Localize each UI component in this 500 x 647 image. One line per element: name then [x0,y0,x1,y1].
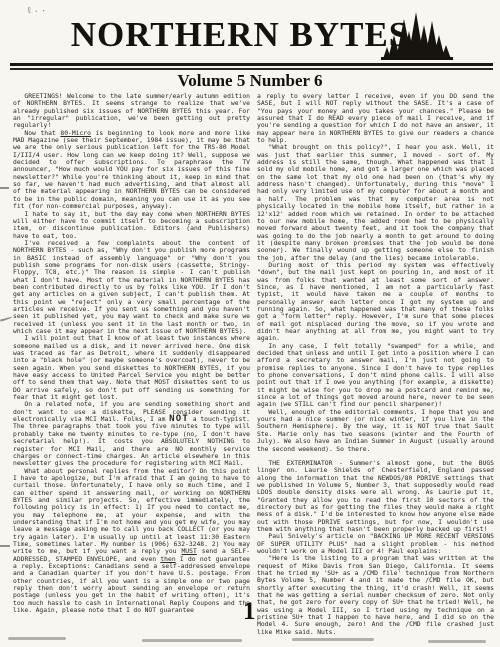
text-segment: "Here is the listing to a program that w… [257,555,494,635]
paragraph: On a related note, if you are sending so… [13,401,250,467]
paragraph: THE EXTERMINATOR - Summer's almost gone,… [257,460,494,533]
text-segment: 80-Micro [60,130,91,137]
paragraph: I will point out that I know of at least… [13,335,250,401]
scan-artifact [0,316,13,321]
pine-forest-icon [381,7,453,63]
masthead-title: NORTHERN BYTES [55,15,425,55]
text-segment: MUST [181,548,196,555]
paragraph: "What brought on this policy?", I hear y… [257,144,494,262]
scan-artifact [8,637,66,640]
text-segment: I hate to say it, but the day may come w… [13,211,250,240]
paragraph: Now that 80-Micro is beginning to look m… [13,130,250,211]
text-segment: THE EXTERMINATOR - Summer's almost gone,… [257,460,494,533]
text-segment: "What brought on this policy?", I hear y… [257,144,494,261]
masthead-rule-thin [10,68,493,70]
text-segment: I do not guarantee a reply. Exceptions: … [13,556,250,614]
paragraph: I've received a few complaints about the… [13,240,250,335]
paragraph: Well, enough of the editorial comments. … [257,409,494,453]
scan-artifact [292,638,374,641]
paragraph: What about personal replies from the edi… [13,468,250,615]
scan-artifact [428,640,486,643]
page-number: 1 [243,598,256,626]
paragraph: GREETINGS! Welcome to the late summer/ea… [13,93,250,130]
text-segment: During most of this period my system was… [257,262,494,342]
left-column: GREETINGS! Welcome to the late summer/ea… [13,93,250,636]
newsletter-page: ℓ.. NORTHERN BYTES Volume 5 Number 6 GRE… [0,0,500,647]
text-segment: I will point out that I know of at least… [13,335,250,401]
pencil-annotation: ℓ.. [26,3,48,16]
issue-line: Volume 5 Number 6 [0,71,500,91]
right-column: a reply to every letter I receive, even … [257,93,494,636]
text-segment: is beginning to look more and more like … [13,130,250,210]
paragraph: In any case, I felt totally "swamped" fo… [257,343,494,409]
text-segment: What about personal replies from the edi… [13,468,250,556]
paragraph: "Here is the listing to a program that w… [257,555,494,636]
paragraph: a reply to every letter I receive, even … [257,93,494,144]
text-segment: GREETINGS! Welcome to the late summer/ea… [13,93,250,129]
article-body: GREETINGS! Welcome to the late summer/ea… [13,93,494,636]
scan-artifact [0,187,9,189]
text-segment: Paul Snively's article on "BACKING UP MO… [257,533,494,555]
paragraph: During most of this period my system was… [257,262,494,343]
paragraph: I hate to say it, but the day may come w… [13,211,250,240]
text-segment: I've received a few complaints about the… [13,240,250,335]
scan-artifact [142,639,242,642]
masthead-rule-thick [10,63,493,66]
scan-artifact [0,545,10,547]
text-segment: Well, enough of the editorial comments. … [257,409,494,453]
text-segment: a reply to every letter I receive, even … [257,93,494,144]
paragraph: Paul Snively's article on "BACKING UP MO… [257,533,494,555]
text-segment: a touch-typist. The three paragraphs tha… [13,416,250,467]
text-segment: then [160,556,175,563]
text-segment: Now that [24,130,60,137]
text-segment: In any case, I felt totally "swamped" fo… [257,343,494,409]
